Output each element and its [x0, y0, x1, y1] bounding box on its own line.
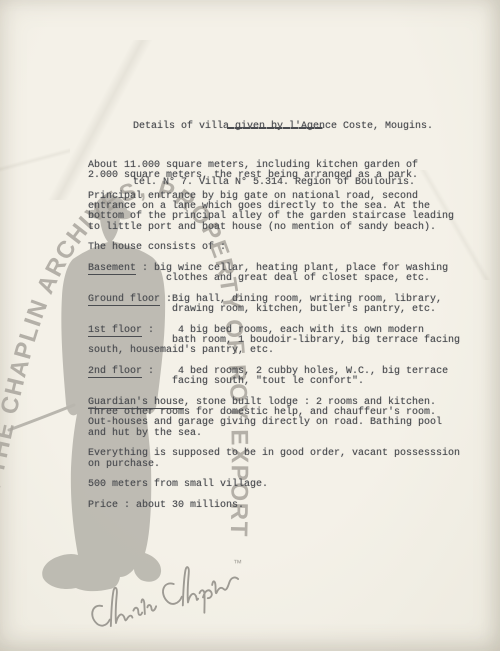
charlie-chaplin-signature [87, 555, 245, 643]
scanned-document-page: FROM THE CHAPLIN ARCHIVES, PROPERTY OF R… [0, 0, 500, 651]
signature-layer: ™ [0, 0, 500, 651]
trademark-symbol: ™ [233, 558, 242, 568]
